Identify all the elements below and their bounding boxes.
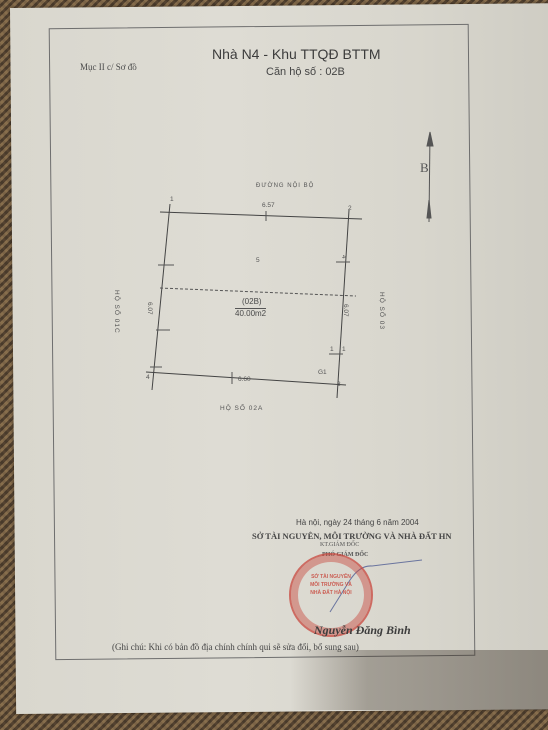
department-name: SỞ TÀI NGUYÊN, MÔI TRƯỜNG VÀ NHÀ ĐẤT HN: [252, 531, 452, 541]
floor-plan-drawing: [0, 0, 548, 730]
bottom-length: 6.60: [238, 376, 251, 383]
right-neighbor-label: HỘ SỐ 03: [378, 292, 385, 330]
plot-id: (02B): [242, 297, 262, 306]
upper-zone-label: 5: [256, 257, 260, 264]
right-upper-marker: 4: [340, 255, 347, 259]
corner-4: 4: [146, 374, 150, 381]
right-marker-1: 1: [330, 346, 334, 353]
left-neighbor-label: HỘ SỐ 01C: [113, 290, 120, 334]
plot-area: 40.00m2: [235, 308, 266, 318]
right-marker-2: 1: [342, 346, 346, 353]
issue-date: Hà nội, ngày 24 tháng 6 năm 2004: [296, 518, 419, 527]
signer-name: Nguyễn Đăng Bình: [314, 623, 411, 638]
lower-zone-label: G1: [318, 369, 327, 376]
corner-3: 3: [337, 381, 341, 388]
bottom-neighbor-label: HỘ SỐ 02A: [220, 405, 263, 412]
on-behalf-label: KT.GIÁM ĐỐC: [320, 542, 359, 548]
left-length: 6.07: [146, 302, 153, 315]
north-arrow-icon: [427, 132, 433, 222]
footnote: (Ghi chú: Khi có bản đồ địa chính chính …: [112, 642, 359, 652]
north-label: B: [420, 160, 429, 176]
top-length: 6.57: [262, 202, 275, 209]
road-label: ĐƯỜNG NỘI BỘ: [256, 183, 314, 189]
corner-2: 2: [348, 205, 352, 212]
stamp-text: SỞ TÀI NGUYÊN MÔI TRƯỜNG VÀ NHÀ ĐẤT HÀ N…: [309, 573, 353, 597]
right-length: 6.07: [342, 304, 349, 317]
dashed-division-line: [160, 288, 356, 296]
corner-1: 1: [170, 196, 174, 203]
